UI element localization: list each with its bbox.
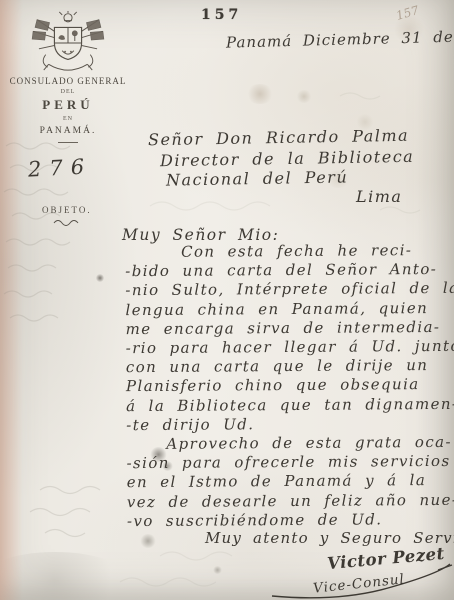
body-line: -nio Sulto, Intérprete oficial de la bbox=[125, 279, 451, 300]
recipient-name: Señor Don Ricardo Palma bbox=[148, 126, 409, 150]
letterhead-line-del: DEL bbox=[8, 89, 128, 95]
body-line: Aprovecho de esta grata oca- bbox=[126, 433, 452, 454]
letterhead-rule bbox=[58, 142, 78, 143]
body-line: -sión para ofrecerle mis servicios bbox=[126, 452, 452, 473]
letterhead-line-en: EN bbox=[8, 116, 128, 122]
body-line: en el Istmo de Panamá y á la bbox=[127, 471, 453, 492]
paper-stain bbox=[140, 534, 156, 548]
body-line: -te dirijo Ud. bbox=[126, 414, 452, 435]
letterhead-line-panama: PANAMÁ. bbox=[8, 126, 128, 136]
document-page: 157 157 Panamá Diciembre 31 de 1887 bbox=[0, 0, 454, 600]
closing-line: Muy atento y Seguro Servidor bbox=[205, 529, 454, 547]
paper-stain bbox=[246, 84, 274, 104]
signer-title: Vice-Consul bbox=[312, 571, 405, 597]
folio-stamp-number: 157 bbox=[201, 7, 242, 23]
objeto-flourish bbox=[52, 218, 84, 227]
letter-body: Con esta fecha he reci- -bido una carta … bbox=[125, 241, 453, 531]
recipient-title-2: Nacional del Perú bbox=[166, 167, 348, 189]
letterhead-line-consulado: CONSULADO GENERAL bbox=[8, 76, 128, 86]
letterhead-line-peru: PERÚ bbox=[8, 97, 128, 113]
body-line: Con esta fecha he reci- bbox=[125, 241, 451, 262]
paper-stain bbox=[96, 274, 104, 282]
body-line: vez de desearle un feliz año nue- bbox=[127, 491, 453, 512]
recipient-title-1: Director de la Biblioteca bbox=[160, 147, 415, 170]
body-line: con una carta que le dirije un bbox=[126, 356, 452, 377]
letterhead: CONSULADO GENERAL DEL PERÚ EN PANAMÁ. bbox=[8, 10, 128, 143]
peru-coat-of-arms-icon bbox=[29, 10, 107, 74]
body-line: -bido una carta del Señor Anto- bbox=[125, 260, 451, 281]
pencil-folio-number: 157 bbox=[395, 3, 421, 23]
body-line: á la Biblioteca que tan dignamen- bbox=[126, 394, 452, 415]
file-number: 276 bbox=[27, 154, 92, 181]
body-line: Planisferio chino que obsequia bbox=[126, 375, 452, 396]
recipient-city: Lima bbox=[356, 187, 402, 206]
body-line: lengua china en Panamá, quien bbox=[125, 298, 451, 319]
body-line: me encarga sirva de intermedia- bbox=[126, 318, 452, 339]
paper-stain bbox=[0, 552, 130, 600]
dateline: Panamá Diciembre 31 de 1887 bbox=[226, 26, 454, 51]
objeto-label: OBJETO. bbox=[42, 205, 92, 215]
body-line: -rio para hacer llegar á Ud. junto bbox=[126, 337, 452, 358]
body-line: -vo suscribiéndome de Ud. bbox=[127, 510, 453, 531]
paper-stain bbox=[296, 90, 312, 103]
signature: Victor Pezet bbox=[326, 544, 445, 573]
paper-stain bbox=[213, 566, 222, 574]
